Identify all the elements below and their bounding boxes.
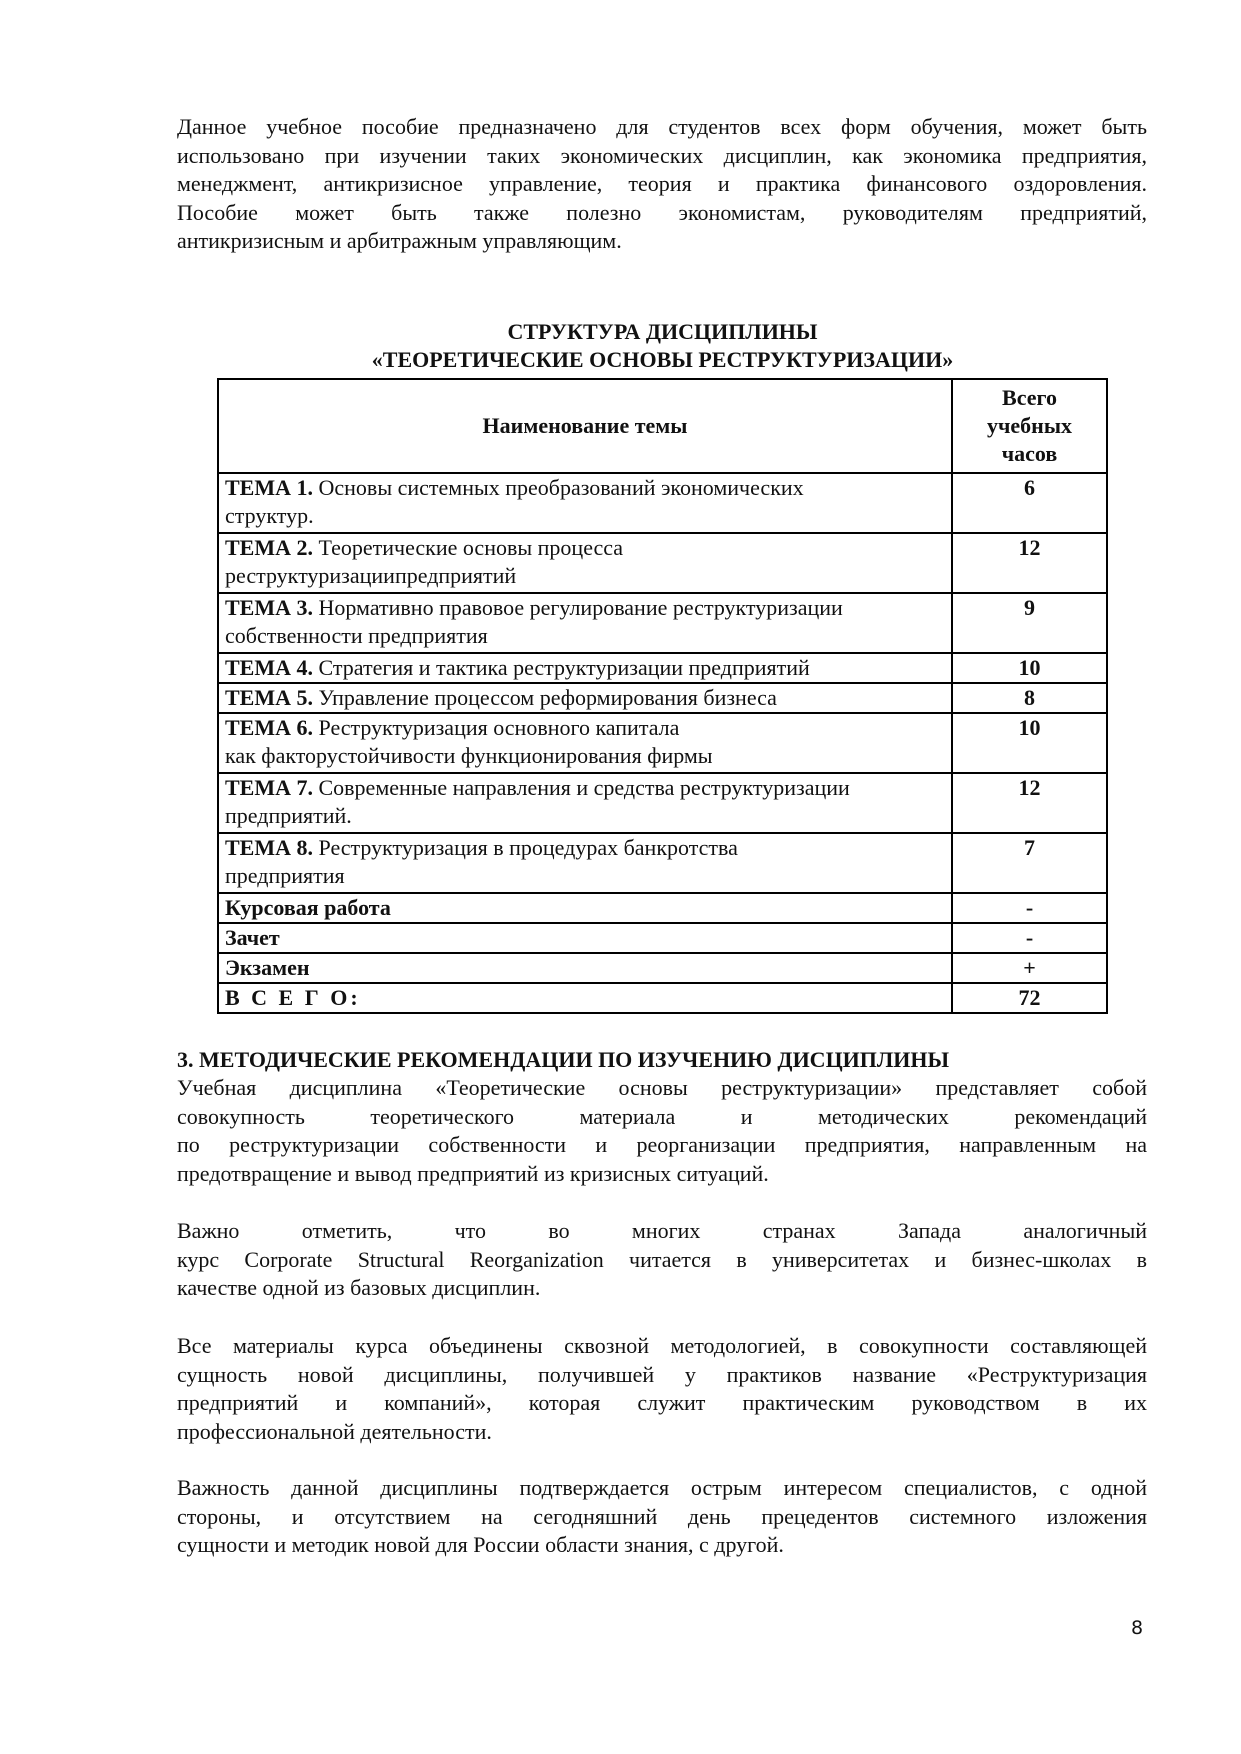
intro-line: менеджмент, антикризисное управление, те…: [177, 170, 1147, 199]
table-row-topic: ТЕМА 2. Теоретические основы процессарес…: [218, 533, 1107, 593]
header-topic: Наименование темы: [218, 379, 952, 473]
intro-line: Данное учебное пособие предназначено для…: [177, 113, 1147, 142]
paragraph-line: стороны, и отсутствием на сегодняшний де…: [177, 1503, 1147, 1532]
topic-name: ТЕМА 4. Стратегия и тактика реструктуриз…: [218, 653, 952, 683]
intro-line: Пособие может быть также полезно экономи…: [177, 199, 1147, 228]
topic-hours: 6: [952, 473, 1107, 533]
paragraph-line: профессиональной деятельности.: [177, 1418, 1147, 1447]
section3-paragraph-4: Важность данной дисциплины подтверждаетс…: [177, 1474, 1147, 1560]
structure-title-line1: СТРУКТУРА ДИСЦИПЛИНЫ: [217, 318, 1108, 346]
extra-value: -: [952, 923, 1107, 953]
structure-title-line2: «ТЕОРЕТИЧЕСКИЕ ОСНОВЫ РЕСТРУКТУРИЗАЦИИ»: [217, 346, 1108, 374]
paragraph-line: по реструктуризации собственности и реор…: [177, 1131, 1147, 1160]
section-heading: 3. МЕТОДИЧЕСКИЕ РЕКОМЕНДАЦИИ ПО ИЗУЧЕНИЮ…: [177, 1046, 949, 1074]
topic-title-cont: предприятия: [225, 863, 345, 888]
section3-paragraph-2: Важно отметить, что во многих странах За…: [177, 1217, 1147, 1303]
table-row-topic: ТЕМА 8. Реструктуризация в процедурах ба…: [218, 833, 1107, 893]
topic-title: Современные направления и средства рестр…: [319, 775, 850, 800]
paragraph-line: Важность данной дисциплины подтверждаетс…: [177, 1474, 1147, 1503]
discipline-structure-table: Наименование темы Всего учебных часов ТЕ…: [217, 378, 1108, 1014]
topic-hours: 10: [952, 713, 1107, 773]
topic-title: Реструктуризация основного капитала: [319, 715, 680, 740]
topic-name: ТЕМА 3. Нормативно правовое регулировани…: [218, 593, 952, 653]
header-hours-line: учебных: [957, 412, 1102, 440]
section3-paragraph-1: Учебная дисциплина «Теоретические основы…: [177, 1074, 1147, 1188]
topic-label: ТЕМА 2.: [225, 535, 313, 560]
table-row-topic: ТЕМА 5. Управление процессом реформирова…: [218, 683, 1107, 713]
extra-value: -: [952, 893, 1107, 923]
paragraph-line: Важно отметить, что во многих странах За…: [177, 1217, 1147, 1246]
total-value: 72: [952, 983, 1107, 1013]
topic-title-cont: предприятий.: [225, 803, 352, 828]
topic-name: ТЕМА 2. Теоретические основы процессарес…: [218, 533, 952, 593]
topic-label: ТЕМА 5.: [225, 685, 313, 710]
topic-label: ТЕМА 1.: [225, 475, 313, 500]
topic-hours: 12: [952, 773, 1107, 833]
topic-hours: 12: [952, 533, 1107, 593]
topic-label: ТЕМА 4.: [225, 655, 313, 680]
extra-label: Экзамен: [218, 953, 952, 983]
topic-title: Теоретические основы процесса: [319, 535, 624, 560]
extra-label: Курсовая работа: [218, 893, 952, 923]
topic-title: Реструктуризация в процедурах банкротств…: [319, 835, 738, 860]
topic-title-cont: реструктуризациипредприятий: [225, 563, 516, 588]
topic-rows: ТЕМА 1. Основы системных преобразований …: [218, 473, 1107, 893]
paragraph-line: сущности и методик новой для России обла…: [177, 1531, 1147, 1560]
table-row-extra: Экзамен+: [218, 953, 1107, 983]
paragraph-line: Все материалы курса объединены сквозной …: [177, 1332, 1147, 1361]
topic-label: ТЕМА 8.: [225, 835, 313, 860]
topic-label: ТЕМА 7.: [225, 775, 313, 800]
topic-title: Нормативно правовое регулирование рестру…: [319, 595, 843, 620]
paragraph-line: предприятий и компаний», которая служит …: [177, 1389, 1147, 1418]
header-hours: Всего учебных часов: [952, 379, 1107, 473]
page-number: 8: [1131, 1617, 1143, 1639]
extra-label: Зачет: [218, 923, 952, 953]
structure-title: СТРУКТУРА ДИСЦИПЛИНЫ «ТЕОРЕТИЧЕСКИЕ ОСНО…: [217, 318, 1108, 374]
paragraph-line: совокупность теоретического материала и …: [177, 1103, 1147, 1132]
topic-name: ТЕМА 1. Основы системных преобразований …: [218, 473, 952, 533]
topic-hours: 10: [952, 653, 1107, 683]
topic-title: Управление процессом реформирования бизн…: [319, 685, 777, 710]
extra-value: +: [952, 953, 1107, 983]
topic-title: Стратегия и тактика реструктуризации пре…: [319, 655, 810, 680]
topic-name: ТЕМА 6. Реструктуризация основного капит…: [218, 713, 952, 773]
table-row-extra: Зачет-: [218, 923, 1107, 953]
header-hours-line: Всего: [957, 384, 1102, 412]
paragraph-line: курс Corporate Structural Reorganization…: [177, 1246, 1147, 1275]
topic-label: ТЕМА 3.: [225, 595, 313, 620]
intro-line: антикризисным и арбитражным управляющим.: [177, 227, 1147, 256]
intro-paragraph: Данное учебное пособие предназначено для…: [177, 113, 1147, 256]
topic-name: ТЕМА 8. Реструктуризация в процедурах ба…: [218, 833, 952, 893]
paragraph-line: сущность новой дисциплины, получившей у …: [177, 1361, 1147, 1390]
topic-hours: 7: [952, 833, 1107, 893]
table-row-topic: ТЕМА 3. Нормативно правовое регулировани…: [218, 593, 1107, 653]
paragraph-line: Учебная дисциплина «Теоретические основы…: [177, 1074, 1147, 1103]
table-row-topic: ТЕМА 7. Современные направления и средст…: [218, 773, 1107, 833]
paragraph-line: предотвращение и вывод предприятий из кр…: [177, 1160, 1147, 1189]
extra-rows: Курсовая работа-Зачет-Экзамен+: [218, 893, 1107, 983]
topic-label: ТЕМА 6.: [225, 715, 313, 740]
table-row-topic: ТЕМА 4. Стратегия и тактика реструктуриз…: [218, 653, 1107, 683]
section3-paragraph-3: Все материалы курса объединены сквозной …: [177, 1332, 1147, 1446]
topic-title-cont: структур.: [225, 503, 314, 528]
topic-hours: 8: [952, 683, 1107, 713]
table-header-row: Наименование темы Всего учебных часов: [218, 379, 1107, 473]
table-row-total: В С Е Г О: 72: [218, 983, 1107, 1013]
table-row-topic: ТЕМА 1. Основы системных преобразований …: [218, 473, 1107, 533]
topic-name: ТЕМА 7. Современные направления и средст…: [218, 773, 952, 833]
topic-name: ТЕМА 5. Управление процессом реформирова…: [218, 683, 952, 713]
table-row-extra: Курсовая работа-: [218, 893, 1107, 923]
intro-line: использовано при изучении таких экономич…: [177, 142, 1147, 171]
total-label: В С Е Г О:: [218, 983, 952, 1013]
topic-title-cont: собственности предприятия: [225, 623, 488, 648]
header-hours-line: часов: [957, 440, 1102, 468]
paragraph-line: качестве одной из базовых дисциплин.: [177, 1274, 1147, 1303]
topic-title-cont: как факторустойчивости функционирования …: [225, 743, 713, 768]
topic-title: Основы системных преобразований экономич…: [319, 475, 804, 500]
topic-hours: 9: [952, 593, 1107, 653]
table-row-topic: ТЕМА 6. Реструктуризация основного капит…: [218, 713, 1107, 773]
